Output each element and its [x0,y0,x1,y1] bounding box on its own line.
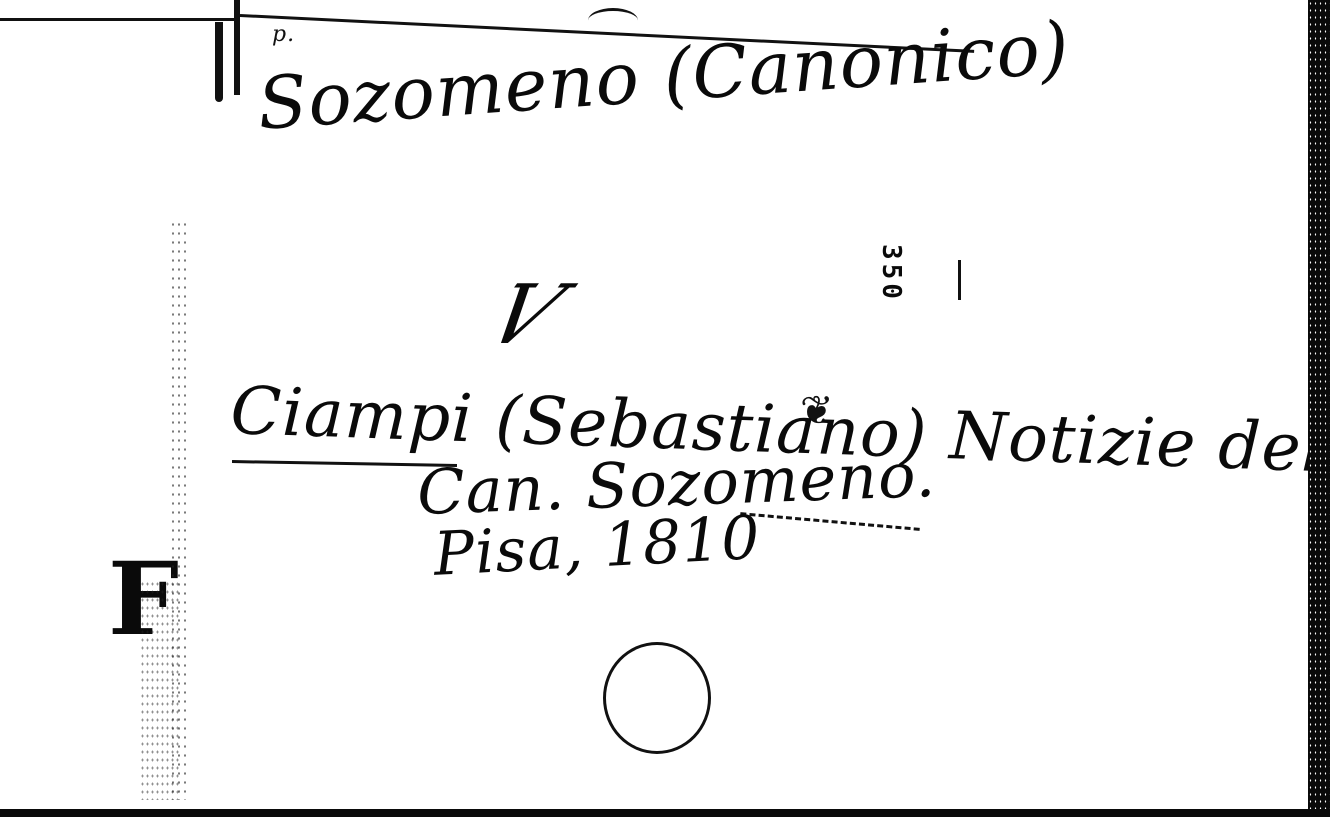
adjacent-card-edge [0,18,240,21]
stamp-number: 350 [876,244,906,334]
scan-noise [140,580,180,800]
card-tab-edge [588,8,638,33]
cross-reference-mark: V [470,268,581,363]
card-heading: Sozomeno (Canonico) [255,5,1072,146]
card-fold-mark [215,22,223,102]
punch-hole-circle-icon [603,642,711,754]
corner-mark: p. [272,22,295,47]
card-right-edge [958,260,961,300]
scanned-card: p. Sozomeno (Canonico) V 350 ❦ Ciampi (S… [0,0,1330,817]
scanner-edge-right [1308,0,1330,817]
dashed-rule [740,512,920,531]
scanner-edge-bottom [0,809,1330,817]
